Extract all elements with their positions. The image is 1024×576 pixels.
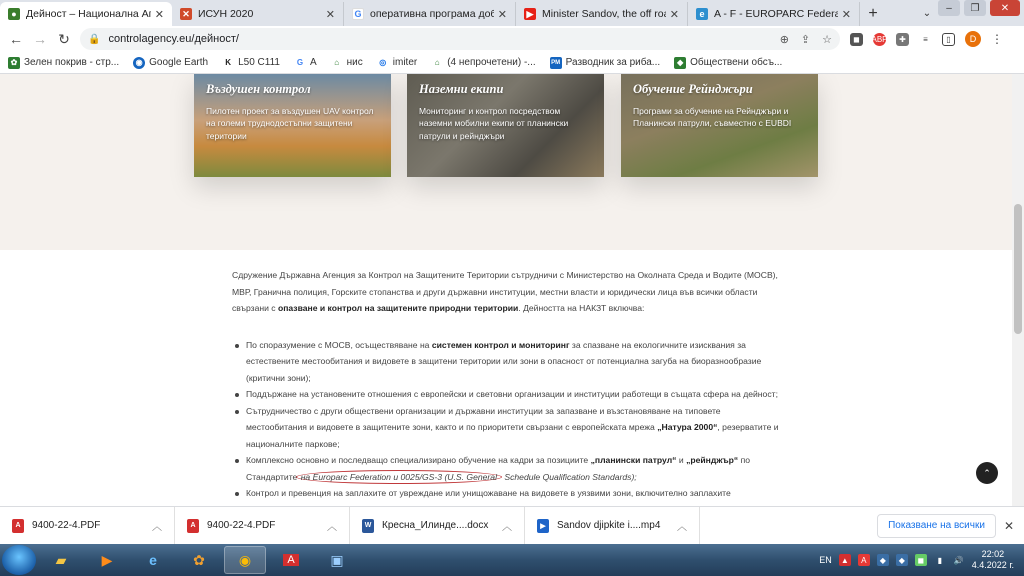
europarc-icon: e <box>696 8 708 20</box>
paint-icon[interactable]: ✿ <box>178 546 220 574</box>
chevron-up-icon[interactable]: ︿ <box>152 518 162 533</box>
card-title: Обучение Рейнджъри <box>633 82 806 97</box>
list-item: По споразумение с МОСВ, осъществяване на… <box>232 337 780 387</box>
imiter-icon: ◎ <box>377 57 389 69</box>
profile-avatar[interactable]: D <box>965 31 981 47</box>
home-icon: ⌂ <box>431 57 443 69</box>
side-panel-icon[interactable]: ▯ <box>942 33 955 46</box>
public-consult-icon: ◆ <box>674 57 686 69</box>
video-file-icon: ▶ <box>537 519 549 533</box>
tab-search-chevron-icon[interactable]: ⌄ <box>916 4 938 22</box>
tray-acrobat-icon[interactable]: A <box>858 554 870 566</box>
bookmark-item[interactable]: ⌂нис <box>331 57 363 69</box>
download-item[interactable]: W Кресна_Илинде....docx ︿ <box>350 507 525 545</box>
google-icon: G <box>294 57 306 69</box>
menu-dots-icon[interactable]: ⋮ <box>991 32 1003 46</box>
system-tray: EN ▲ A ◆ ◆ ◼ ▮ 🔊 22:02 4.4.2022 г. <box>819 549 1024 571</box>
window-controls: – ❐ ✕ <box>938 0 1020 16</box>
volume-icon[interactable]: 🔊 <box>953 554 965 566</box>
chevron-up-icon[interactable]: ︿ <box>327 518 337 533</box>
k-icon: K <box>222 57 234 69</box>
list-item: Контрол и превенция на заплахите от увре… <box>232 485 780 502</box>
pdf-file-icon: A <box>187 519 199 533</box>
docx-file-icon: W <box>362 519 374 533</box>
zoom-icon[interactable]: ⊕ <box>780 33 789 46</box>
isun-icon: ✕ <box>180 8 192 20</box>
close-icon[interactable]: ✕ <box>326 8 335 21</box>
close-icon[interactable]: ✕ <box>670 8 679 21</box>
forward-button[interactable]: → <box>28 28 52 50</box>
tray-icon[interactable]: ◆ <box>896 554 908 566</box>
bookmark-item[interactable]: GA <box>294 57 317 69</box>
scrollbar-thumb[interactable] <box>1014 204 1022 334</box>
card-text: Пилотен проект за въздушен UAV контрол н… <box>206 105 379 142</box>
tray-nvidia-icon[interactable]: ◼ <box>915 554 927 566</box>
chrome-icon[interactable]: ◉ <box>224 546 266 574</box>
browser-toolbar: ← → ↻ 🔒 controlagency.eu/дейност/ ⊕ ⇪ ☆ … <box>0 26 1024 52</box>
youtube-icon: ▶ <box>524 8 536 20</box>
close-window-button[interactable]: ✕ <box>990 0 1020 16</box>
card-text: Програми за обучение на Рейнджъри и План… <box>633 105 806 130</box>
card-title: Наземни екипи <box>419 82 592 97</box>
hero-section: Въздушен контрол Пилотен проект за възду… <box>0 74 1012 250</box>
page-scrollbar[interactable] <box>1012 74 1024 506</box>
acrobat-icon[interactable]: A <box>270 546 312 574</box>
reload-button[interactable]: ↻ <box>52 28 76 50</box>
show-all-downloads-button[interactable]: Показване на всички <box>877 514 996 538</box>
tab-europarc[interactable]: e A - F - EUROPARC Federation ✕ <box>688 2 860 26</box>
adblock-icon[interactable]: ABP <box>873 33 886 46</box>
activity-content: Сдружение Държавна Агенция за Контрол на… <box>232 267 780 502</box>
windows-taskbar: ▰ ▶ e ✿ ◉ A ▣ EN ▲ A ◆ ◆ ◼ ▮ 🔊 22:02 4.4… <box>0 544 1024 576</box>
start-button[interactable] <box>2 545 36 575</box>
tray-icon[interactable]: ◆ <box>877 554 889 566</box>
highlighted-standard-annotation: на Europarc Federation и 0025/GS-3 (U.S.… <box>296 470 502 484</box>
bookmark-item[interactable]: KL50 C111 <box>222 57 280 69</box>
home-icon: ⌂ <box>331 57 343 69</box>
maximize-button[interactable]: ❐ <box>964 0 986 16</box>
chevron-up-icon[interactable]: ︿ <box>502 518 512 533</box>
list-item: Поддържане на установените отношения с е… <box>232 386 780 403</box>
close-icon[interactable]: ✕ <box>498 8 507 21</box>
tab-deinost[interactable]: ● Дейност – Национална Агенц ✕ <box>0 2 172 26</box>
file-explorer-icon[interactable]: ▰ <box>40 546 82 574</box>
extension-camera-icon[interactable]: ◼ <box>850 33 863 46</box>
language-indicator[interactable]: EN <box>819 555 832 565</box>
card-ground-teams[interactable]: Наземни екипи Мониторинг и контрол посре… <box>407 74 604 177</box>
google-icon: G <box>352 8 364 20</box>
download-item[interactable]: A 9400-22-4.PDF ︿ <box>175 507 350 545</box>
tab-strip: ● Дейност – Национална Агенц ✕ ✕ ИСУН 20… <box>0 0 1024 26</box>
extensions-puzzle-icon[interactable]: ✚ <box>896 33 909 46</box>
window-app-icon[interactable]: ▣ <box>316 546 358 574</box>
download-shelf: A 9400-22-4.PDF ︿ A 9400-22-4.PDF ︿ W Кр… <box>0 506 1024 544</box>
download-item[interactable]: ▶ Sandov djipkite i....mp4 ︿ <box>525 507 700 545</box>
tray-app-icon[interactable]: ▲ <box>839 554 851 566</box>
web-page: Въздушен контрол Пилотен проект за възду… <box>0 74 1012 506</box>
list-item: Комплексно основно и последващо специали… <box>232 452 780 485</box>
share-icon[interactable]: ⇪ <box>801 33 810 46</box>
google-earth-icon: ◉ <box>133 57 145 69</box>
close-download-shelf-icon[interactable]: ✕ <box>1004 519 1014 533</box>
bookmark-item[interactable]: PMРазводник за риба... <box>550 57 660 69</box>
card-air-control[interactable]: Въздушен контрол Пилотен проект за възду… <box>194 74 391 177</box>
pm-icon: PM <box>550 57 562 69</box>
back-to-top-button[interactable]: ⌃ <box>976 462 998 484</box>
bookmark-item[interactable]: ✿Зелен покрив - стр... <box>8 57 119 69</box>
media-player-icon[interactable]: ▶ <box>86 546 128 574</box>
internet-explorer-icon[interactable]: e <box>132 546 174 574</box>
card-ranger-training[interactable]: Обучение Рейнджъри Програми за обучение … <box>621 74 818 177</box>
clock[interactable]: 22:02 4.4.2022 г. <box>972 549 1014 571</box>
bookmark-item[interactable]: ⌂(4 непрочетени) -... <box>431 57 535 69</box>
list-item: Сътрудничество с други обществени органи… <box>232 403 780 453</box>
download-item[interactable]: A 9400-22-4.PDF ︿ <box>0 507 175 545</box>
url-text[interactable]: controlagency.eu/дейност/ <box>108 33 239 45</box>
intro-paragraph: Сдружение Държавна Агенция за Контрол на… <box>232 267 780 317</box>
lock-icon[interactable]: 🔒 <box>88 34 100 45</box>
bookmark-star-icon[interactable]: ☆ <box>822 33 832 46</box>
pdf-file-icon: A <box>12 519 24 533</box>
card-text: Мониторинг и контрол посредством наземни… <box>419 105 592 142</box>
tab-google-search[interactable]: G оперативна програма добро ✕ <box>344 2 516 26</box>
tab-youtube[interactable]: ▶ Minister Sandov, the off road ✕ <box>516 2 688 26</box>
address-bar[interactable]: 🔒 controlagency.eu/дейност/ ⊕ ⇪ ☆ <box>80 28 840 50</box>
back-button[interactable]: ← <box>4 28 28 50</box>
activities-list: По споразумение с МОСВ, осъществяване на… <box>232 337 780 502</box>
bookmarks-bar: ✿Зелен покрив - стр... ◉Google Earth KL5… <box>0 52 1024 74</box>
media-control-icon[interactable]: ≡ <box>919 33 932 46</box>
close-icon[interactable]: ✕ <box>842 8 851 21</box>
bookmark-item[interactable]: ◎imiter <box>377 57 417 69</box>
network-icon[interactable]: ▮ <box>934 554 946 566</box>
card-title: Въздушен контрол <box>206 82 379 97</box>
globe-icon: ● <box>8 8 20 20</box>
minimize-button[interactable]: – <box>938 0 960 16</box>
bookmark-item[interactable]: ◉Google Earth <box>133 57 208 69</box>
new-tab-button[interactable]: + <box>860 2 886 26</box>
leaf-icon: ✿ <box>8 57 20 69</box>
close-icon[interactable]: ✕ <box>155 8 164 21</box>
tab-isun[interactable]: ✕ ИСУН 2020 ✕ <box>172 2 344 26</box>
bookmark-item[interactable]: ◆Обществени обсъ... <box>674 57 782 69</box>
chevron-up-icon[interactable]: ︿ <box>677 518 687 533</box>
